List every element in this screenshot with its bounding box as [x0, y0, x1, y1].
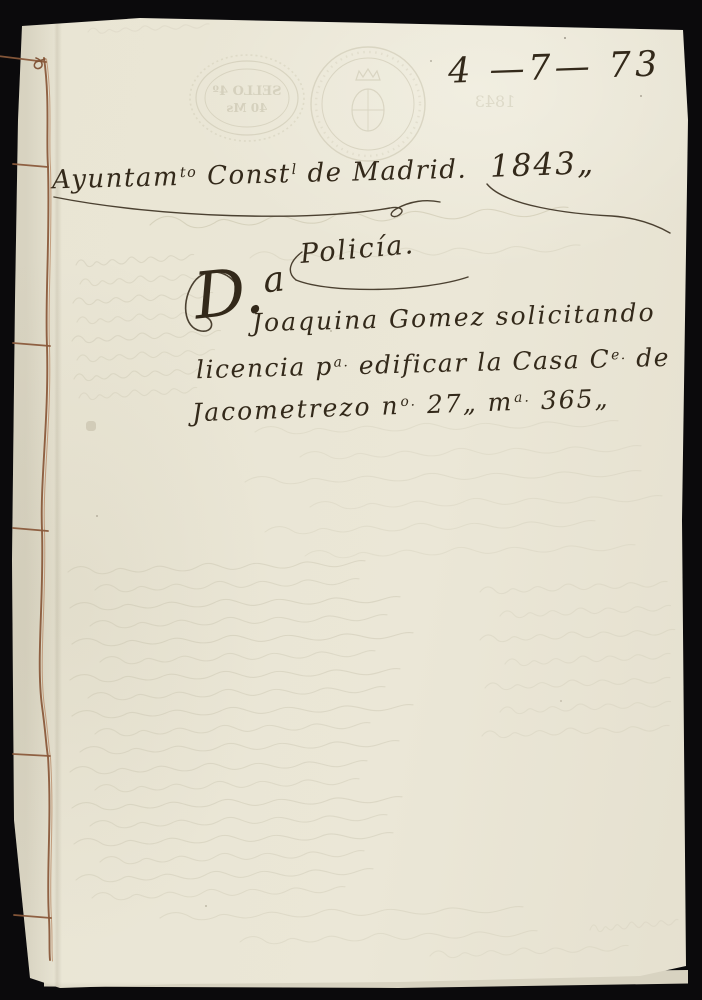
thread-knot [34, 58, 45, 69]
scan-background: SELLO 4º 40 Ms 1843 [0, 0, 702, 1000]
binding-thread [0, 0, 702, 1000]
